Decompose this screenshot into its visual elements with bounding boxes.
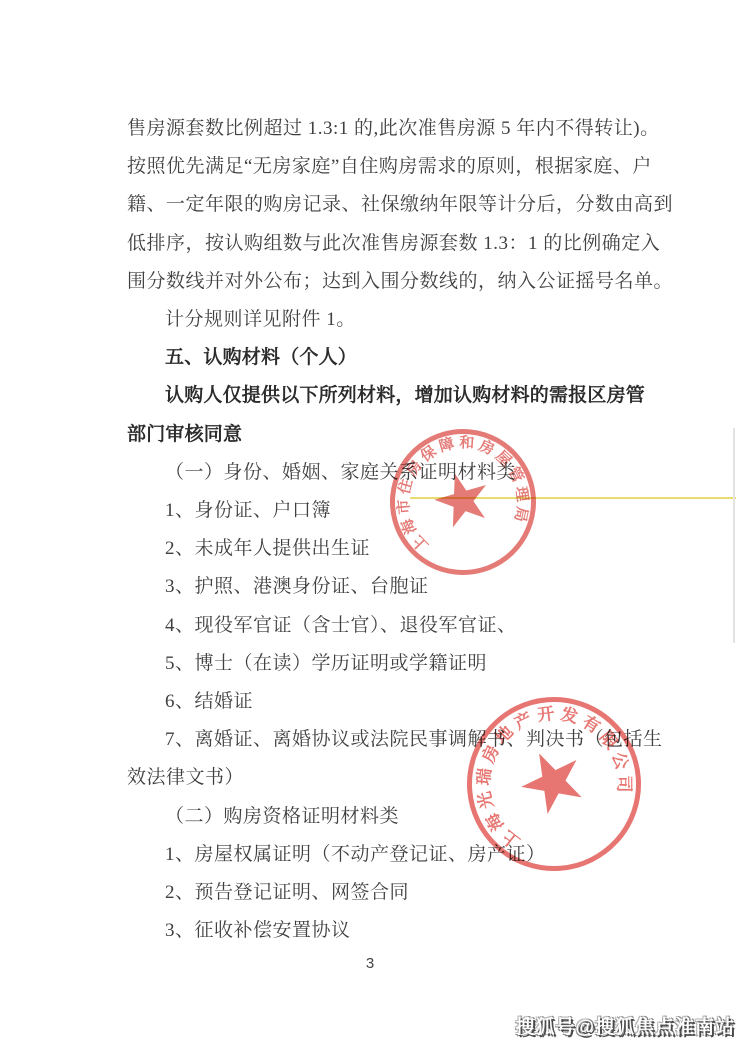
document-line: 售房源套数比例超过 1.3:1 的,此次准售房源 5 年内不得转让)。 [127, 110, 643, 148]
page-number: 3 [0, 955, 740, 972]
watermark: 搜狐号@搜狐焦点淮南站 [515, 1012, 735, 1039]
document-line: 5、博士（在读）学历证明或学籍证明 [127, 645, 643, 683]
document-line: （二）购房资格证明材料类 [127, 798, 643, 836]
document-line: 认购人仅提供以下所列材料，增加认购材料的需报区房管 [127, 377, 643, 415]
document-line: 2、预告登记证明、网签合同 [127, 874, 643, 912]
document-line: 1、房屋权属证明（不动产登记证、房产证） [127, 836, 643, 874]
document-line: 3、征收补偿安置协议 [127, 912, 643, 950]
page: 售房源套数比例超过 1.3:1 的,此次准售房源 5 年内不得转让)。按照优先满… [0, 0, 740, 1046]
document-line: 计分规则详见附件 1。 [127, 301, 643, 339]
document-line: 6、结婚证 [127, 683, 643, 721]
document-line: 籍、一定年限的购房记录、社保缴纳年限等计分后，分数由高到 [127, 186, 643, 224]
scan-edge-artifact [733, 428, 735, 643]
yellow-highlight-line [410, 497, 736, 499]
document-line: 部门审核同意 [127, 416, 643, 454]
document-line: 3、护照、港澳身份证、台胞证 [127, 568, 643, 606]
document-line: （一）身份、婚姻、家庭关系证明材料类 [127, 454, 643, 492]
document-line: 按照优先满足“无房家庭”自住购房需求的原则，根据家庭、户 [127, 148, 643, 186]
document-line: 效法律文书） [127, 759, 643, 797]
document-line: 围分数线并对外公布；达到入围分数线的，纳入公证摇号名单。 [127, 263, 643, 301]
document-body: 售房源套数比例超过 1.3:1 的,此次准售房源 5 年内不得转让)。按照优先满… [127, 110, 643, 950]
document-line: 7、离婚证、离婚协议或法院民事调解书、判决书（包括生 [127, 721, 643, 759]
document-line: 4、现役军官证（含士官）、退役军官证、 [127, 607, 643, 645]
document-line: 五、认购材料（个人） [127, 339, 643, 377]
document-line: 低排序，按认购组数与此次准售房源套数 1.3：1 的比例确定入 [127, 225, 643, 263]
document-line: 2、未成年人提供出生证 [127, 530, 643, 568]
